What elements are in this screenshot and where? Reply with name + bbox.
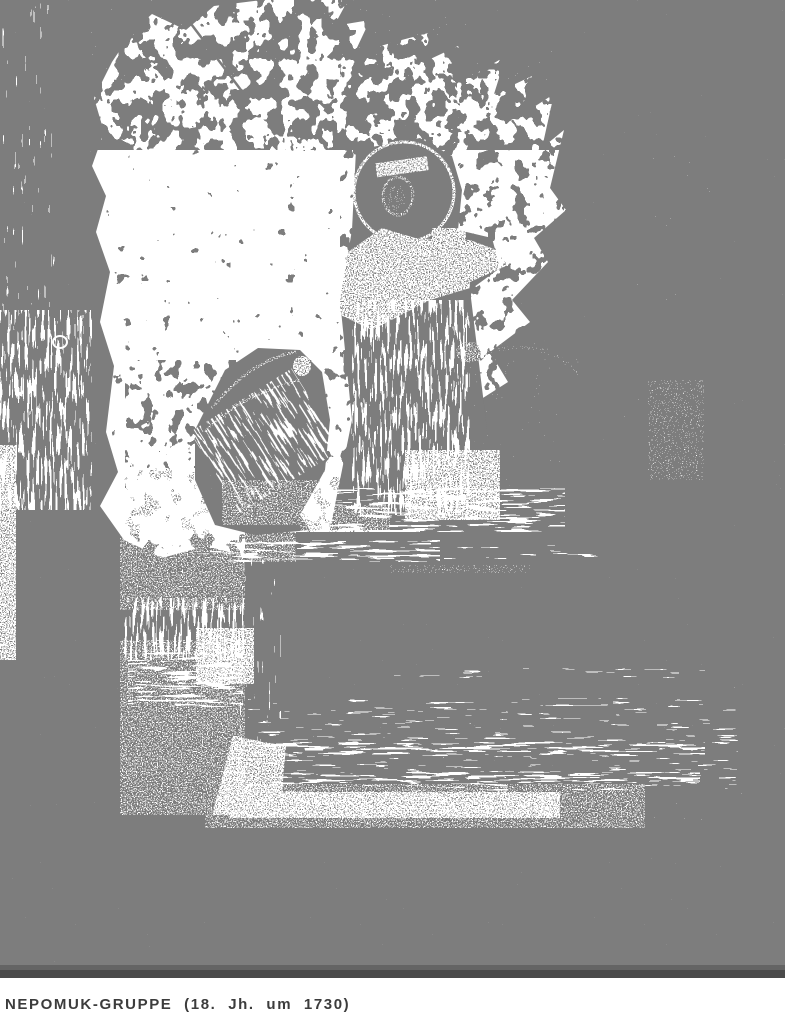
photograph-nepomuk-statue (0, 0, 785, 978)
photo-caption: NEPOMUK-GRUPPE (18. Jh. um 1730) (5, 996, 350, 1013)
caption-area: NEPOMUK-GRUPPE (18. Jh. um 1730) (0, 978, 785, 1024)
photo-canvas (0, 0, 785, 978)
scanned-page: NEPOMUK-GRUPPE (18. Jh. um 1730) (0, 0, 785, 1024)
photocopy-dust (0, 0, 785, 962)
photo-edge-dark (0, 970, 785, 978)
